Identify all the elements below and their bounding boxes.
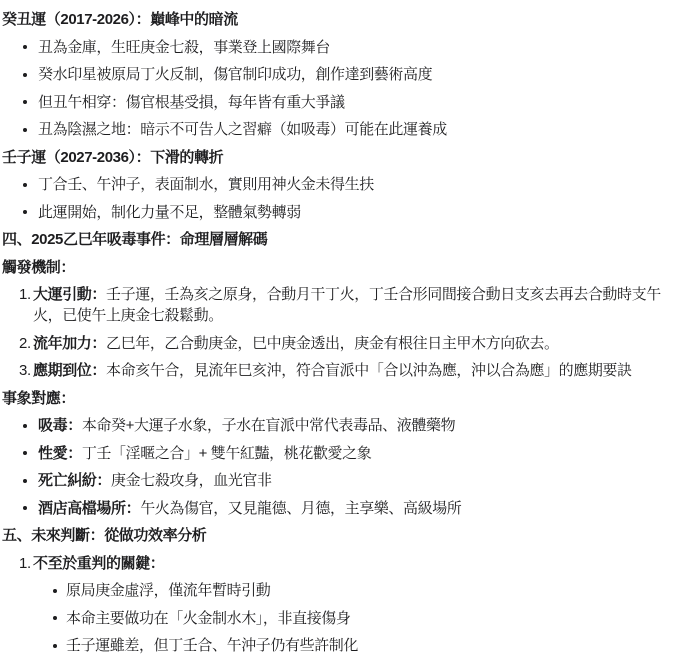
item-text: 庚金七殺攻身，血光官非: [111, 472, 272, 489]
item-term: 應期到位：: [33, 362, 106, 379]
list-item: 丁合壬、午沖子，表面制水，實則用神火金未得生扶: [2, 174, 667, 195]
item-number: 2.: [19, 333, 31, 354]
bullet-icon: [23, 183, 27, 187]
sub-item-text: 本命主要做功在「火金制水木」，非直接傷身: [66, 610, 351, 627]
bullet-icon: [53, 644, 57, 648]
heading-section-four: 四、2025乙巳年吸毒事件：命理層層解碼: [2, 229, 667, 250]
list-item: 性愛：丁壬「淫暱之合」+ 雙午紅豔，桃花歡愛之象: [2, 443, 667, 464]
list-item: 丑為陰濕之地：暗示不可告人之習癖（如吸毒）可能在此運養成: [2, 119, 667, 140]
bullet-icon: [23, 479, 27, 483]
numbered-item: 3. 應期到位：本命亥午合，見流年巳亥沖，符合盲派中「合以沖為應，沖以合為應」的…: [2, 360, 667, 381]
item-text: 壬子運，壬為亥之原身，合動月干丁火，丁壬合形同間接合動日支亥去再去合動時支午火，…: [33, 286, 661, 324]
numbered-item: 1. 不至於重判的關鍵： 原局庚金虛浮，僅流年暫時引動 本命主要做功在「火金制水…: [2, 553, 667, 657]
list-item: 丑為金庫，生旺庚金七殺，事業登上國際舞台: [2, 37, 667, 58]
heading-section-five: 五、未來判斷：從做功效率分析: [2, 525, 667, 546]
list-item-text: 癸水印星被原局丁火反制，傷官制印成功，創作達到藝術高度: [38, 66, 432, 83]
item-number: 3.: [19, 360, 31, 381]
bullet-icon: [53, 589, 57, 593]
item-text: 午火為傷官，又見龍德、月德，主享樂、高級場所: [140, 500, 461, 517]
bullet-icon: [23, 45, 27, 49]
list-item: 此運開始，制化力量不足，整體氣勢轉弱: [2, 202, 667, 223]
list-item: 吸毒：本命癸+大運子水象，子水在盲派中常代表毒品、液體藥物: [2, 415, 667, 436]
list-item-text: 但丑午相穿：傷官根基受損，每年皆有重大爭議: [38, 94, 345, 111]
list-item-text: 此運開始，制化力量不足，整體氣勢轉弱: [38, 204, 301, 221]
list-item: 但丑午相穿：傷官根基受損，每年皆有重大爭議: [2, 92, 667, 113]
list-item-text: 丑為金庫，生旺庚金七殺，事業登上國際舞台: [38, 39, 330, 56]
item-term: 性愛：: [38, 445, 82, 462]
sub-item-text: 原局庚金虛浮，僅流年暫時引動: [66, 582, 270, 599]
item-text: 本命亥午合，見流年巳亥沖，符合盲派中「合以沖為應，沖以合為應」的應期要訣: [106, 362, 632, 379]
bullet-icon: [23, 128, 27, 132]
list-item: 死亡糾紛：庚金七殺攻身，血光官非: [2, 470, 667, 491]
item-number: 1.: [19, 553, 31, 574]
bullet-icon: [23, 424, 27, 428]
sub-list-item: 原局庚金虛浮，僅流年暫時引動: [33, 580, 667, 601]
bazi-analysis-document: 癸丑運（2017-2026）：巔峰中的暗流 丑為金庫，生旺庚金七殺，事業登上國際…: [0, 0, 675, 656]
sub-item-text: 壬子運雖差，但丁壬合、午沖子仍有些許制化: [66, 637, 358, 654]
sub-list-item: 本命主要做功在「火金制水木」，非直接傷身: [33, 608, 667, 629]
list-item: 癸水印星被原局丁火反制，傷官制印成功，創作達到藝術高度: [2, 64, 667, 85]
bullet-icon: [23, 100, 27, 104]
heading-event-mapping: 事象對應：: [2, 388, 667, 409]
item-term: 吸毒：: [38, 417, 82, 434]
trigger-numbered-list: 1. 大運引動：壬子運，壬為亥之原身，合動月干丁火，丁壬合形同間接合動日支亥去再…: [2, 284, 667, 381]
item-number: 1.: [19, 284, 31, 305]
list-item: 酒店高檔場所：午火為傷官，又見龍德、月德，主享樂、高級場所: [2, 498, 667, 519]
bullet-icon: [23, 210, 27, 214]
item-text: 丁壬「淫暱之合」+ 雙午紅豔，桃花歡愛之象: [82, 445, 372, 462]
heading-renzi-period: 壬子運（2027-2036）：下滑的轉折: [2, 147, 667, 168]
bullet-icon: [23, 451, 27, 455]
item-term: 死亡糾紛：: [38, 472, 111, 489]
item-term: 流年加力：: [33, 335, 106, 352]
bullet-icon: [53, 616, 57, 620]
item-text: 乙巳年，乙合動庚金，巳中庚金透出，庚金有根往日主甲木方向砍去。: [106, 335, 559, 352]
guichou-bullet-list: 丑為金庫，生旺庚金七殺，事業登上國際舞台 癸水印星被原局丁火反制，傷官制印成功，…: [2, 37, 667, 141]
bullet-icon: [23, 506, 27, 510]
item-text: 本命癸+大運子水象，子水在盲派中常代表毒品、液體藥物: [82, 417, 455, 434]
heading-trigger-mechanism: 觸發機制：: [2, 257, 667, 278]
renzi-bullet-list: 丁合壬、午沖子，表面制水，實則用神火金未得生扶 此運開始，制化力量不足，整體氣勢…: [2, 174, 667, 223]
item-term: 不至於重判的關鍵：: [33, 555, 164, 572]
numbered-item: 2. 流年加力：乙巳年，乙合動庚金，巳中庚金透出，庚金有根往日主甲木方向砍去。: [2, 333, 667, 354]
heading-guichou-period: 癸丑運（2017-2026）：巔峰中的暗流: [2, 9, 667, 30]
future-judgement-list: 1. 不至於重判的關鍵： 原局庚金虛浮，僅流年暫時引動 本命主要做功在「火金制水…: [2, 553, 667, 657]
key-points-sublist: 原局庚金虛浮，僅流年暫時引動 本命主要做功在「火金制水木」，非直接傷身 壬子運雖…: [33, 580, 667, 656]
list-item-text: 丑為陰濕之地：暗示不可告人之習癖（如吸毒）可能在此運養成: [38, 121, 447, 138]
item-term: 大運引動：: [33, 286, 106, 303]
bullet-icon: [23, 73, 27, 77]
sub-list-item: 壬子運雖差，但丁壬合、午沖子仍有些許制化: [33, 635, 667, 656]
mapping-bullet-list: 吸毒：本命癸+大運子水象，子水在盲派中常代表毒品、液體藥物 性愛：丁壬「淫暱之合…: [2, 415, 667, 519]
numbered-item: 1. 大運引動：壬子運，壬為亥之原身，合動月干丁火，丁壬合形同間接合動日支亥去再…: [2, 284, 667, 326]
item-term: 酒店高檔場所：: [38, 500, 140, 517]
list-item-text: 丁合壬、午沖子，表面制水，實則用神火金未得生扶: [38, 176, 374, 193]
